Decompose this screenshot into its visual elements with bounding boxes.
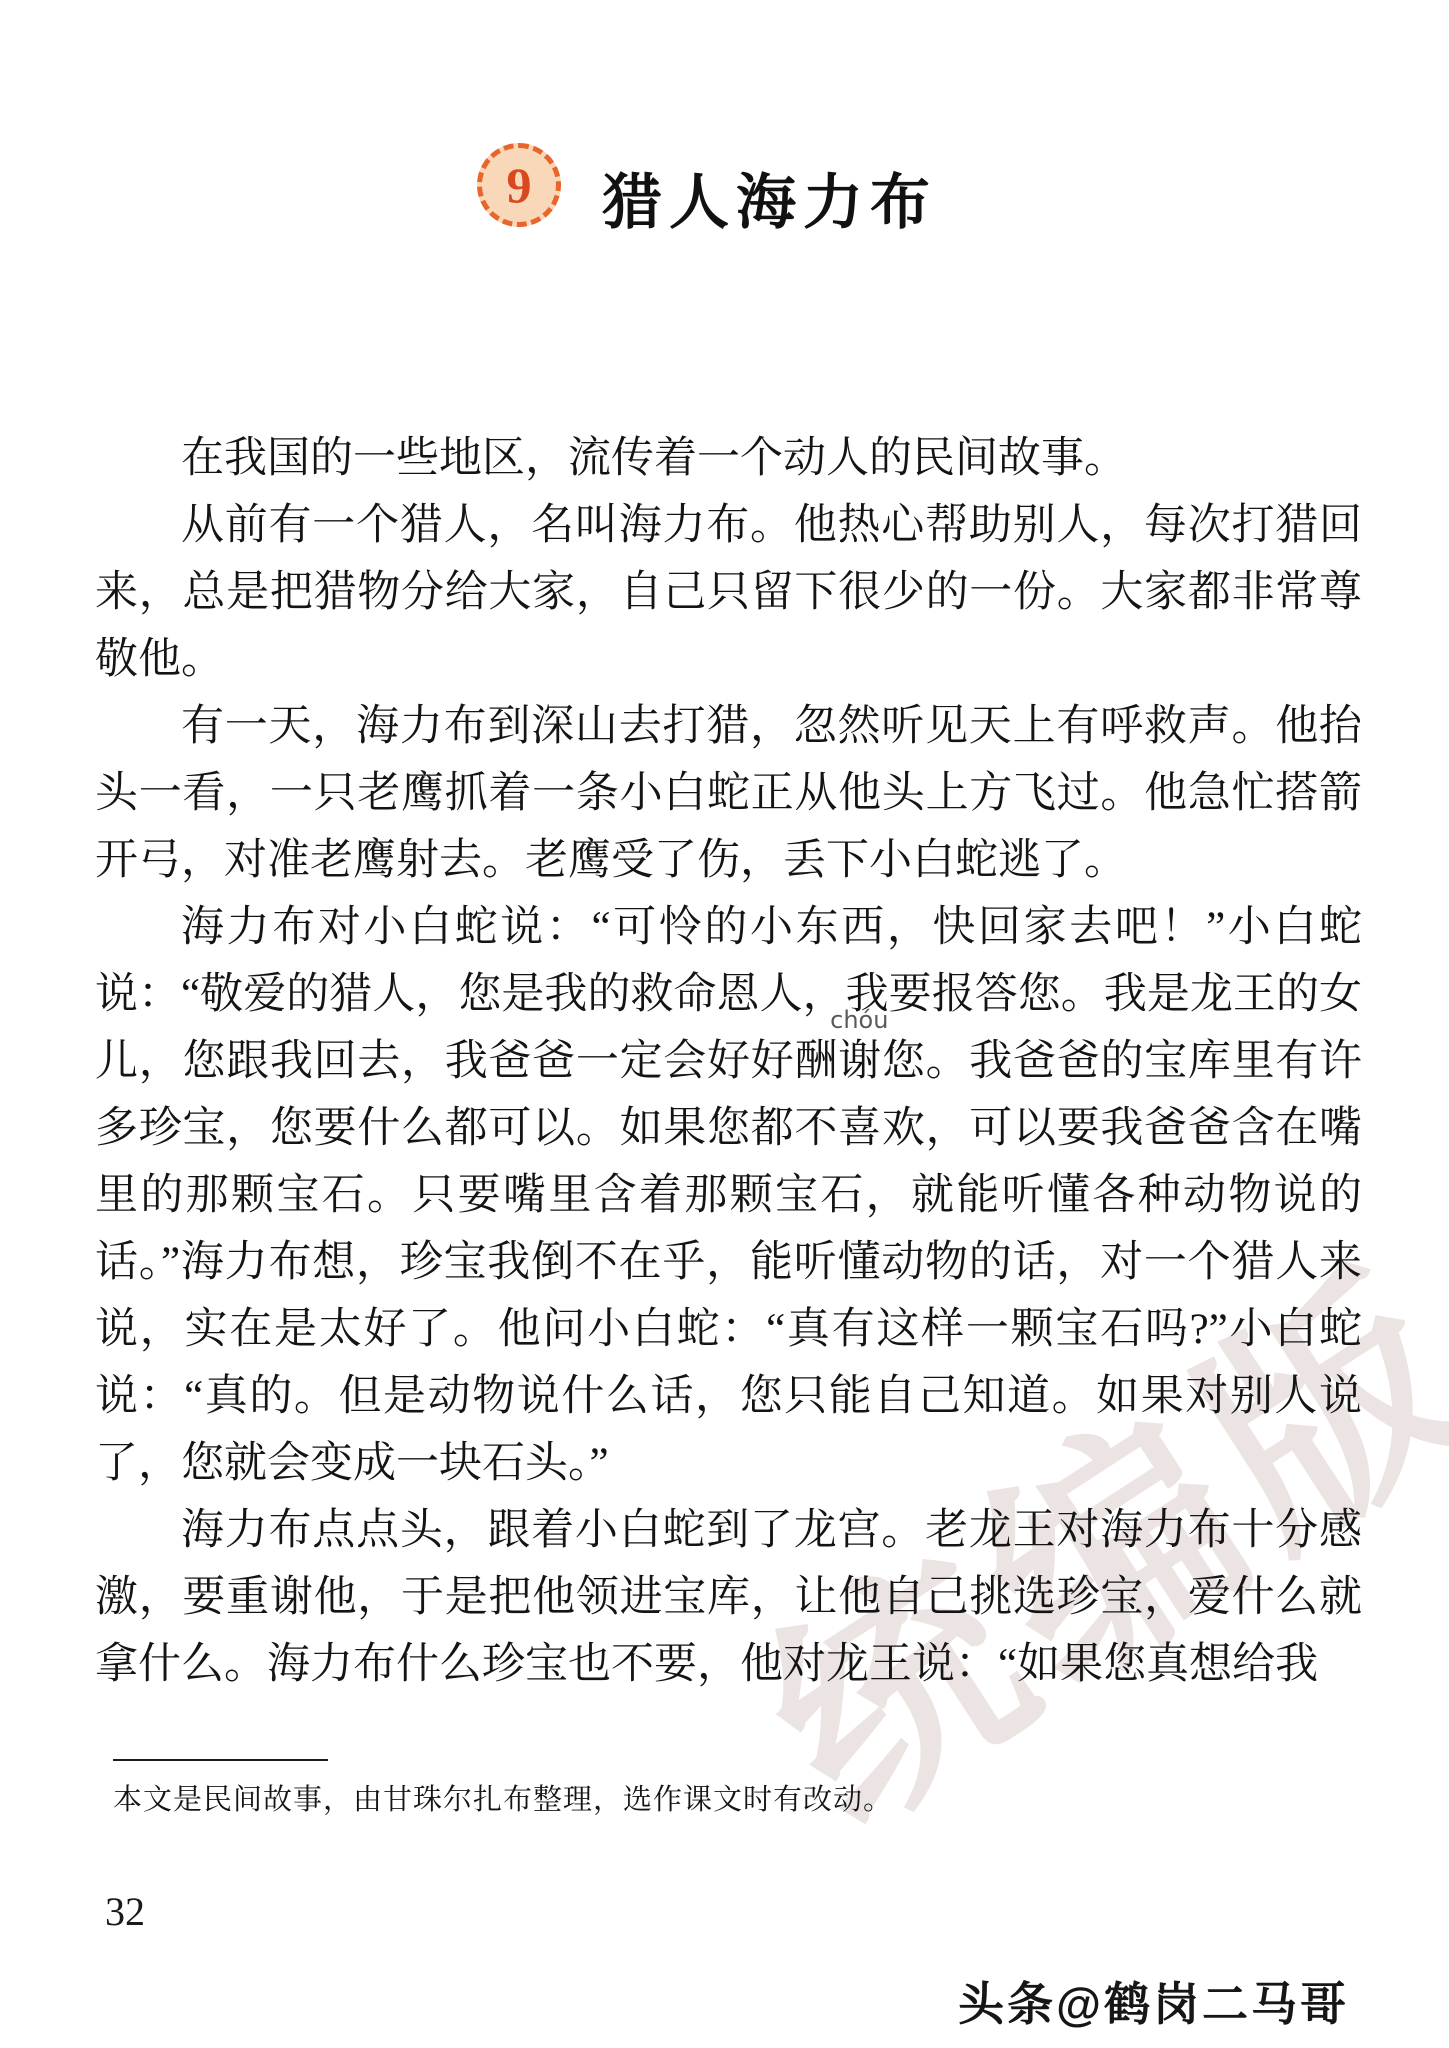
pinyin-annotation: chóu bbox=[744, 1008, 888, 1032]
paragraph: 有一天，海力布到深山去打猎，忽然听见天上有呼救声。他抬头一看，一只老鹰抓着一条小… bbox=[95, 693, 1362, 894]
footnote-text: 本文是民间故事，由甘珠尔扎布整理，选作课文时有改动。 bbox=[113, 1780, 1013, 1820]
paragraph: 海力布对小白蛇说：“可怜的小东西，快回家去吧！”小白蛇说：“敬爱的猎人，您是我的… bbox=[95, 894, 1362, 1497]
paragraph: 海力布点点头，跟着小白蛇到了龙宫。老龙王对海力布十分感激，要重谢他，于是把他领进… bbox=[95, 1497, 1362, 1698]
uploader-stamp: 头条@鹤岗二马哥 bbox=[958, 1968, 1349, 2034]
lesson-title: 猎人海力布 bbox=[602, 155, 937, 241]
page-number: 32 bbox=[105, 1888, 145, 1935]
lesson-number-badge: 9 bbox=[477, 143, 561, 227]
paragraph: 在我国的一些地区，流传着一个动人的民间故事。 bbox=[95, 425, 1362, 492]
footnote-divider bbox=[113, 1759, 328, 1761]
textbook-page: 统编版 9 猎人海力布 在我国的一些地区，流传着一个动人的民间故事。从前有一个猎… bbox=[0, 0, 1449, 2048]
pinyin-annotated-char: 酬chóu bbox=[794, 1038, 838, 1085]
lesson-number: 9 bbox=[507, 156, 532, 214]
paragraph: 从前有一个猎人，名叫海力布。他热心帮助别人，每次打猎回来，总是把猎物分给大家，自… bbox=[95, 492, 1362, 693]
lesson-text: 在我国的一些地区，流传着一个动人的民间故事。从前有一个猎人，名叫海力布。他热心帮… bbox=[95, 425, 1362, 1698]
